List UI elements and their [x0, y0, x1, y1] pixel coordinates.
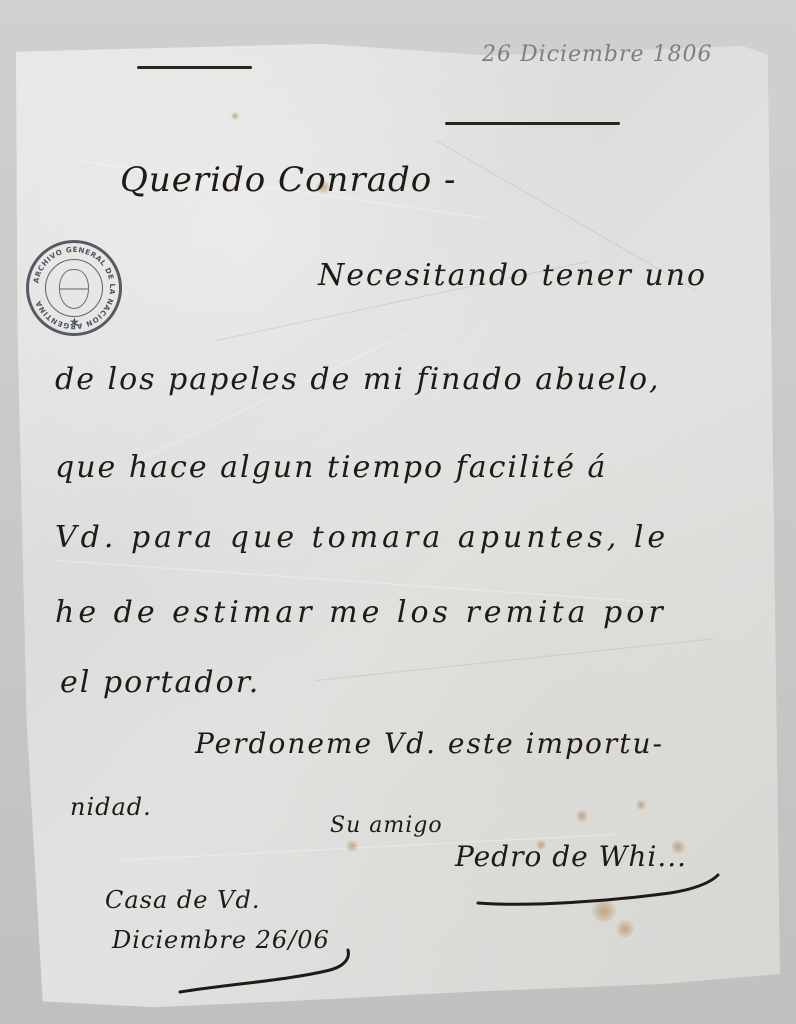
- ink-mark: [445, 122, 620, 125]
- star-icon: ★: [69, 315, 80, 329]
- body-line-1: Necesitando tener uno: [318, 258, 707, 293]
- body-line-6: el portador.: [60, 665, 260, 700]
- date-annotation: 26 Diciembre 1806: [482, 42, 713, 67]
- archive-stamp: ARCHIVO GENERAL DE LA NACION ARGENTINA ★: [26, 240, 122, 336]
- ink-mark: [137, 66, 252, 69]
- coat-of-arms-icon: [59, 269, 89, 309]
- valediction: Su amigo: [330, 813, 443, 838]
- body-line-4: Vd. para que tomara apuntes, le: [55, 520, 669, 555]
- body-line-2: de los papeles de mi finado abuelo,: [55, 362, 661, 397]
- closing-line-1: Perdoneme Vd. este importu-: [195, 727, 664, 760]
- closing-line-2: nidad.: [70, 793, 152, 821]
- signature-flourish: [470, 865, 730, 915]
- address-flourish: [170, 940, 370, 1000]
- salutation: Querido Conrado -: [120, 160, 457, 200]
- body-line-5: he de estimar me los remita por: [55, 595, 667, 630]
- body-line-3: que hace algun tiempo facilité á: [55, 450, 607, 485]
- address-line-1: Casa de Vd.: [105, 886, 260, 914]
